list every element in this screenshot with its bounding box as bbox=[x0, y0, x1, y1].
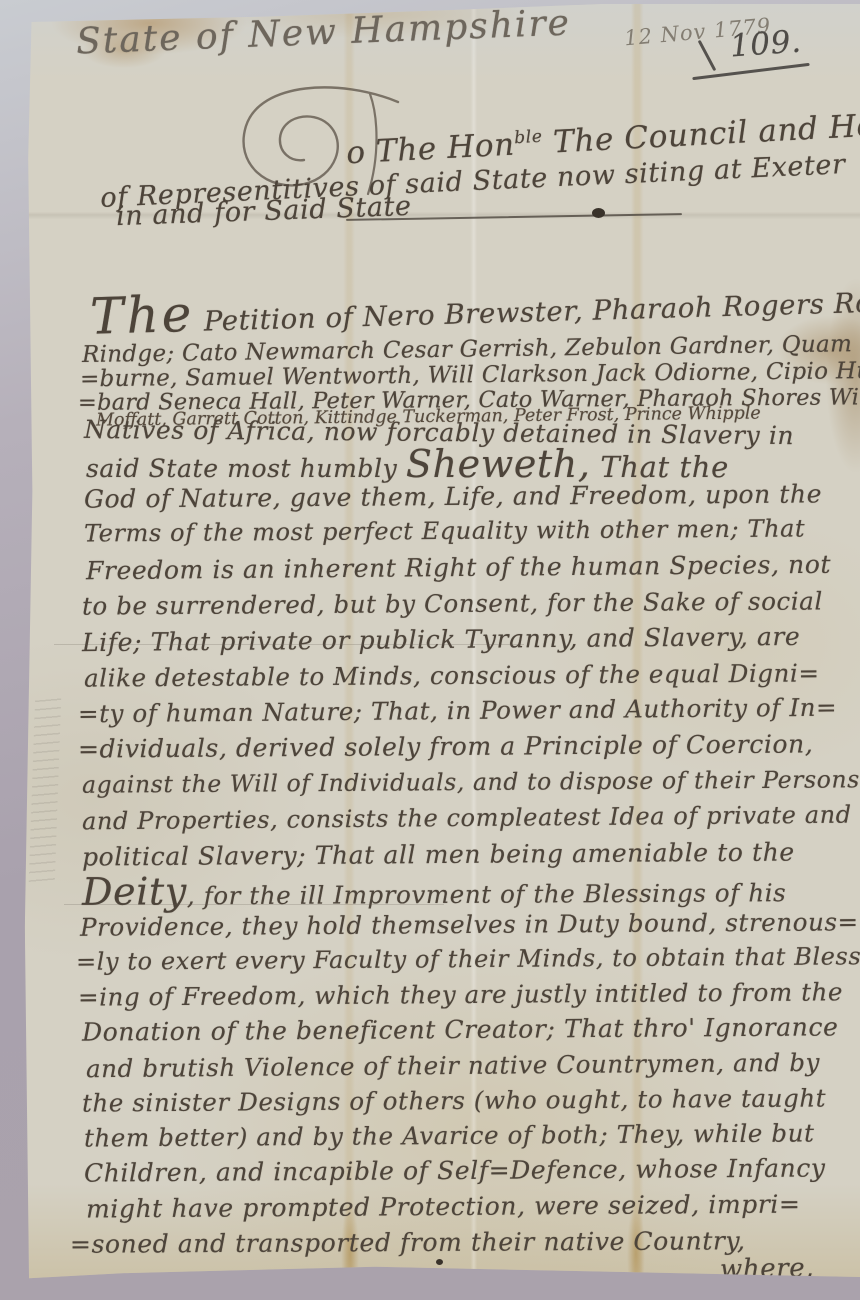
salutation-superscript: ble bbox=[514, 127, 543, 148]
catchword: where, bbox=[720, 1253, 815, 1285]
body-line: =ly to exert every Faculty of their Mind… bbox=[76, 942, 860, 976]
deity-bigword: Deity bbox=[82, 869, 187, 914]
body-line: Life; That private or publick Tyranny, a… bbox=[82, 622, 801, 657]
body-line: alike detestable to Minds, conscious of … bbox=[84, 658, 820, 692]
fold-guide-line-2 bbox=[64, 904, 444, 905]
body-line: Providence, they hold themselves in Duty… bbox=[80, 907, 859, 941]
body-line: Children, and incapible of Self=Defence,… bbox=[84, 1153, 826, 1187]
body-line: =soned and transported from their native… bbox=[70, 1226, 746, 1259]
deity-rest: , for the ill Improvment of the Blessing… bbox=[187, 878, 787, 910]
page-number: 109. bbox=[729, 24, 803, 65]
body-line: the sinister Designs of others (who ough… bbox=[82, 1083, 826, 1117]
ink-blot-top bbox=[592, 208, 605, 218]
body-line: might have prompted Protection, were sei… bbox=[86, 1190, 801, 1224]
manuscript-paper: State of New Hampshire 12 Nov 1779 109. … bbox=[24, 4, 860, 1286]
body-line: God of Nature, gave them, Life, and Free… bbox=[84, 479, 822, 513]
petition-opening-rest: Petition of Nero Brewster, Pharaoh Roger… bbox=[194, 285, 860, 338]
document-header: State of New Hampshire bbox=[75, 3, 571, 63]
body-line: =ing of Freedom, which they are justly i… bbox=[78, 977, 843, 1011]
sheweth-post: That the bbox=[591, 450, 729, 484]
sheweth-pre: said State most humbly bbox=[86, 454, 406, 483]
deity-line: Deity, for the ill Improvment of the Ble… bbox=[82, 866, 786, 914]
ink-dot-bottom bbox=[436, 1259, 443, 1265]
body-line: =ty of human Nature; That, in Power and … bbox=[78, 693, 837, 729]
page-number-slash bbox=[698, 40, 717, 71]
fold-guide-line-1 bbox=[54, 644, 524, 645]
margin-scribble-marks bbox=[29, 694, 62, 885]
petition-sheweth-line: said State most humbly Sheweth, That the bbox=[86, 442, 729, 486]
body-line: against the Will of Individuals, and to … bbox=[82, 765, 860, 798]
body-line: Donation of the beneficent Creator; That… bbox=[82, 1012, 839, 1046]
petition-opening-bigcap: The bbox=[89, 285, 195, 346]
body-line: Freedom is an inherent Right of the huma… bbox=[86, 550, 831, 586]
body-line: Terms of the most perfect Equality with … bbox=[84, 514, 805, 547]
body-line: and Properties, consists the compleatest… bbox=[82, 801, 852, 836]
manuscript-photo: { "palette": { "paper": "#d5d1c4", "ink"… bbox=[0, 0, 860, 1300]
body-line: to be surrendered, but by Consent, for t… bbox=[82, 586, 823, 620]
sheweth-bigword: Sheweth, bbox=[406, 442, 591, 486]
body-line: them better) and by the Avarice of both;… bbox=[84, 1118, 815, 1152]
body-line: =dividuals, derived solely from a Princi… bbox=[78, 729, 814, 763]
body-line: and brutish Violence of their native Cou… bbox=[86, 1048, 820, 1083]
